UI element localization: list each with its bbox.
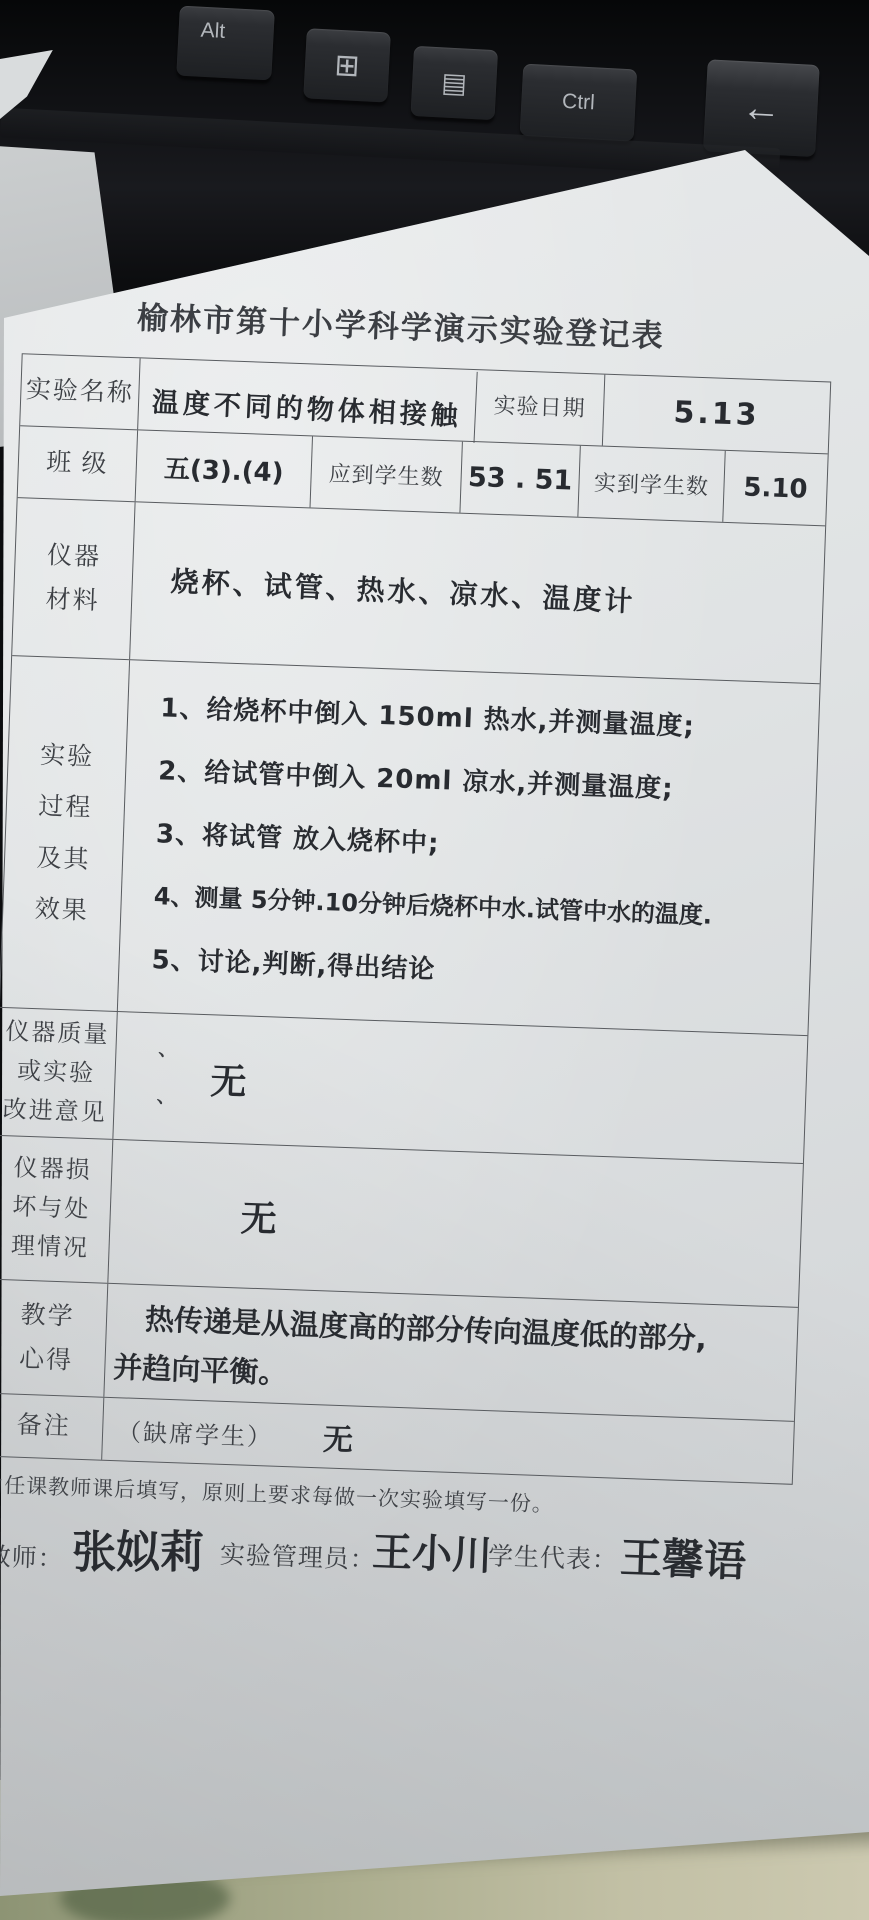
arrow-left-icon: ← [740, 85, 782, 132]
arrow-left-key: ← [703, 59, 820, 157]
class-label: 班 级 [18, 426, 138, 501]
photo-of-form: Alt ⊞ ▤ Ctrl ← 榆林市第十小学科学演示实验登记表 实验名称 温度不… [0, 0, 869, 1920]
menu-icon: ▤ [441, 67, 468, 99]
windows-logo-icon: ⊞ [334, 47, 361, 83]
damage-none-text: 无 [240, 1190, 278, 1242]
quality-none-text: 无 [210, 1053, 248, 1105]
damage-value: 无 [108, 1140, 803, 1307]
experiment-name-value: 温度不同的物体相接触 [138, 357, 478, 443]
alt-key: Alt [176, 6, 275, 81]
process-step-3: 3、将试管 放入烧杯中; [155, 813, 441, 886]
alt-key-label: Alt [200, 19, 226, 44]
experiment-name-label: 实验名称 [20, 354, 140, 429]
process-label: 实验 过程 及其 效果 [0, 656, 130, 1011]
expected-students-value: 53 . 51 [460, 442, 580, 517]
teacher-signature: 张姒莉 [72, 1516, 204, 1580]
lab-manager-signature: 王小川 [371, 1520, 493, 1581]
quality-label: 仪器质量 或实验 改进意见 [0, 1008, 118, 1139]
windows-key-icon: ⊞ [303, 28, 391, 102]
experiment-date-label: 实验日期 [475, 370, 605, 445]
reflection-value: 热传递是从温度高的部分传向温度低的部分, 并趋向平衡。 [104, 1284, 798, 1421]
damage-label: 仪器损 坏与处 理情况 [0, 1136, 113, 1283]
class-value: 五(3).(4) [136, 430, 313, 507]
form-table: 实验名称 温度不同的物体相接触 实验日期 5.13 班 级 五(3).(4) 应… [0, 353, 831, 1485]
quality-value: 、 、 无 [113, 1012, 807, 1163]
remark-label: 备注 [0, 1394, 104, 1460]
reflection-line-2: 并趋向平衡。 [105, 1344, 288, 1391]
stray-pen-marks: 、 、 [156, 1027, 177, 1121]
materials-label: 仪器 材料 [12, 498, 135, 659]
ctrl-key-label: Ctrl [561, 90, 595, 116]
experiment-date-value: 5.13 [603, 375, 830, 454]
process-value: 1、给烧杯中倒入 150ml 热水,并测量温度; 2、给试管中倒入 20ml 凉… [118, 660, 820, 1035]
process-step-5: 5、讨论,判断,得出结论 [150, 939, 436, 1012]
teacher-label: 课教师： [0, 1536, 64, 1576]
row-materials: 仪器 材料 烧杯、试管、热水、凉水、温度计 [12, 498, 825, 684]
student-rep-signature: 王馨语 [619, 1525, 747, 1589]
remark-none-text: 无 [322, 1414, 354, 1459]
remark-absent-students-label: （缺席学生） [103, 1411, 274, 1452]
actual-students-value: 5.10 [723, 451, 827, 526]
row-process: 实验 过程 及其 效果 1、给烧杯中倒入 150ml 热水,并测量温度; 2、给… [0, 656, 820, 1036]
materials-value: 烧杯、试管、热水、凉水、温度计 [130, 499, 826, 686]
lab-manager-label: 实验管理员： [219, 1535, 376, 1576]
ctrl-key: Ctrl [520, 64, 638, 142]
menu-key-icon: ▤ [411, 46, 499, 120]
form-content: 榆林市第十小学科学演示实验登记表 实验名称 温度不同的物体相接触 实验日期 5.… [0, 288, 869, 1652]
reflection-label: 教学 心得 [0, 1280, 108, 1397]
row-damage: 仪器损 坏与处 理情况 无 [0, 1136, 803, 1308]
expected-students-label: 应到学生数 [311, 436, 463, 512]
actual-students-label: 实到学生数 [578, 446, 725, 522]
student-rep-label: 学生代表： [487, 1536, 618, 1577]
